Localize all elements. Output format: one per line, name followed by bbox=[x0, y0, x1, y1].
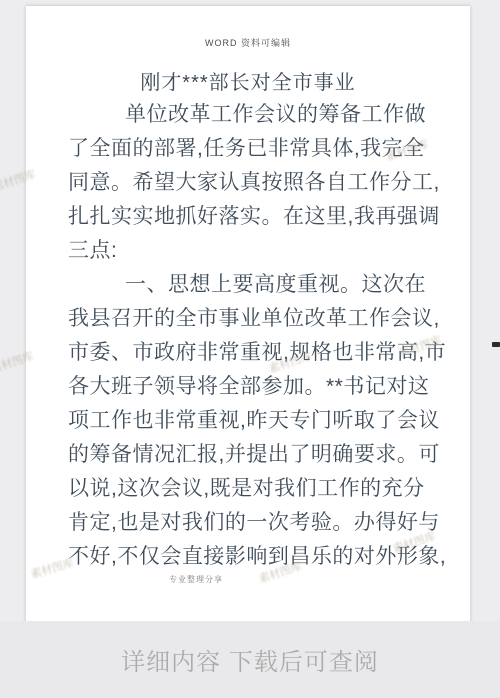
document-line: 我县召开的全市事业单位改革工作会议, bbox=[68, 302, 440, 336]
download-prompt-bar[interactable]: 详细内容 下载后可查阅 bbox=[0, 621, 500, 698]
document-line: 同意。希望大家认真按照各自工作分工, bbox=[68, 166, 440, 200]
document-footer-label: 专业整理分享 bbox=[169, 574, 223, 585]
document-line: 各大班子领导将全部参加。**书记对这 bbox=[68, 370, 440, 404]
document-line: 一、思想上要高度重视。这次在 bbox=[68, 268, 440, 302]
document-line: 项工作也非常重视,昨天专门听取了会议 bbox=[68, 404, 440, 438]
document-page: WORD 资料可编辑 刚才***部长对全市事业 单位改革工作会议的筹备工作做了全… bbox=[26, 5, 470, 622]
document-line: 扎扎实实地抓好落实。在这里,我再强调 bbox=[68, 200, 440, 234]
document-line: 三点: bbox=[68, 234, 440, 268]
document-line: 以说,这次会议,既是对我们工作的充分 bbox=[68, 472, 440, 506]
download-prompt-text: 详细内容 下载后可查阅 bbox=[121, 642, 379, 677]
document-title: 刚才***部长对全市事业 bbox=[26, 66, 470, 95]
edge-marker-dot bbox=[492, 342, 500, 347]
preview-canvas: WORD 资料可编辑 刚才***部长对全市事业 单位改革工作会议的筹备工作做了全… bbox=[0, 0, 500, 698]
document-line: 市委、市政府非常重视,规格也非常高,市 bbox=[68, 336, 440, 370]
document-line: 单位改革工作会议的筹备工作做 bbox=[68, 98, 440, 132]
document-line: 不好,不仅会直接影响到昌乐的对外形象, bbox=[68, 540, 440, 574]
document-header-label: WORD 资料可编辑 bbox=[26, 36, 470, 49]
document-body: 单位改革工作会议的筹备工作做了全面的部署,任务已非常具体,我完全同意。希望大家认… bbox=[68, 98, 440, 574]
document-line: 的筹备情况汇报,并提出了明确要求。可 bbox=[68, 438, 440, 472]
document-line: 了全面的部署,任务已非常具体,我完全 bbox=[68, 132, 440, 166]
document-line: 肯定,也是对我们的一次考验。办得好与 bbox=[68, 506, 440, 540]
